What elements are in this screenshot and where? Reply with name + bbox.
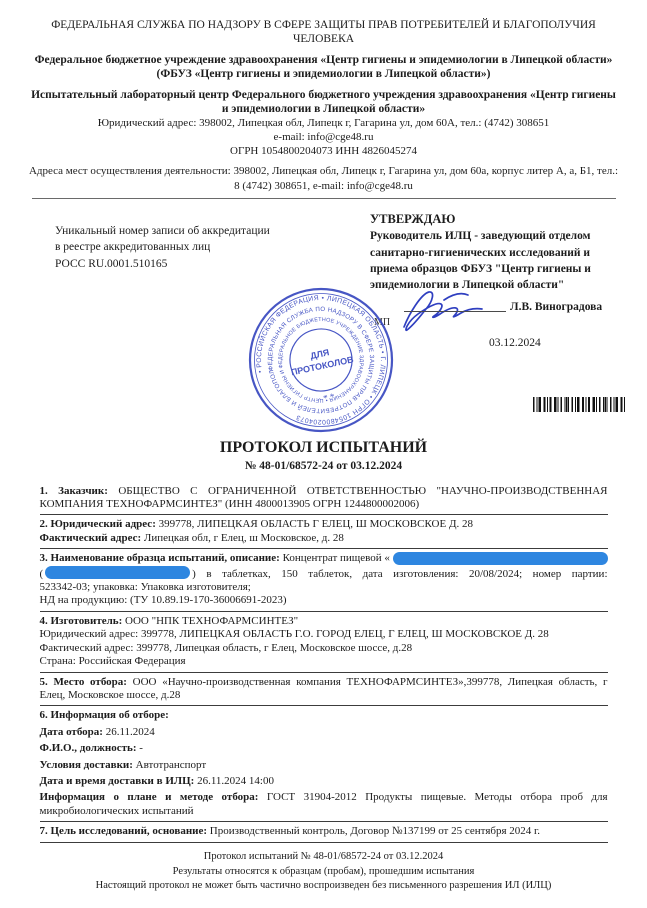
signer-name: Л.В. Виноградова [510, 301, 602, 313]
protocol-sections: 1. Заказчик: ОБЩЕСТВО С ОГРАНИЧЕННОЙ ОТВ… [40, 482, 608, 843]
approval-block: УТВЕРЖДАЮ Руководитель ИЛЦ - заведующий … [370, 211, 612, 294]
email: e-mail: info@cge48.ru [29, 130, 619, 144]
approval-date: 03.12.2024 [489, 337, 541, 349]
sampling-date: 26.11.2024 [106, 726, 155, 738]
stamp-asterisks: * * [322, 391, 336, 403]
accreditation-number: РОСС RU.0001.510165 [55, 256, 270, 273]
delivery-conditions: Автотранспорт [136, 759, 207, 771]
manufacturer-country: Страна: Российская Федерация [40, 655, 608, 668]
field-label: 2. Юридический адрес: [40, 518, 156, 530]
field-label: Условия доставки: [40, 759, 133, 771]
field-label: Фактический адрес: [40, 532, 142, 544]
section-customer: 1. Заказчик: ОБЩЕСТВО С ОГРАНИЧЕННОЙ ОТВ… [40, 482, 608, 516]
redaction-bar [393, 552, 608, 565]
section-sampling-place: 5. Место отбора: ООО «Научно-производств… [40, 673, 608, 707]
field-label: 7. Цель исследований, основание: [40, 825, 208, 837]
field-label: Информация о плане и методе отбора: [40, 791, 259, 803]
field-label: Ф.И.О., должность: [40, 742, 137, 754]
sampling-method-line2: микробиологических испытаний [40, 805, 608, 818]
manufacturer-name: ООО "НПК ТЕХНОФАРМСИНТЕЗ" [125, 615, 298, 627]
field-label: 6. Информация об отборе: [40, 709, 169, 721]
barcode [533, 397, 626, 412]
organization-name: Федеральное бюджетное учреждение здравоо… [29, 53, 619, 82]
sampling-method-line1: ГОСТ 31904-2012 Продукты пищевые. Методы… [267, 791, 608, 803]
sample-paren-open: ( [40, 568, 44, 580]
sampling-place-line2: Елец, Московское шоссе, д.28 [40, 689, 608, 702]
section-sampling-info: 6. Информация об отборе: Дата отбора: 26… [40, 706, 608, 822]
footer-line: Настоящий протокол не может быть частичн… [0, 879, 647, 894]
field-label: 1. Заказчик: [40, 485, 108, 497]
sample-desc-prefix: Концентрат пищевой « [283, 552, 390, 564]
manufacturer-legal-address: Юридический адрес: 399778, ЛИПЕЦКАЯ ОБЛА… [40, 628, 608, 641]
signature-line [404, 311, 506, 312]
field-label: 3. Наименование образца испытаний, описа… [40, 552, 280, 564]
accreditation-line: в реестре аккредитованных лиц [55, 239, 270, 256]
actual-address-value: Липецкая обл, г Елец, ш Московское, д. 2… [144, 532, 344, 544]
approval-title: УТВЕРЖДАЮ [370, 211, 612, 229]
customer-name-line1: ОБЩЕСТВО С ОГРАНИЧЕННОЙ ОТВЕТСТВЕННОСТЬЮ… [118, 485, 607, 497]
laboratory-name: Испытательный лабораторный центр Федерал… [29, 88, 619, 117]
ogrn-inn: ОГРН 1054800204073 ИНН 4826045274 [29, 144, 619, 158]
legal-address: Юридический адрес: 398002, Липецкая обл,… [29, 116, 619, 130]
footer-line: Протокол испытаний № 48-01/68572-24 от 0… [0, 850, 647, 865]
protocol-number: № 48-01/68572-24 от 03.12.2024 [0, 460, 647, 472]
footer-line: Результаты относятся к образцам (пробам)… [0, 865, 647, 880]
purpose-value: Производственный контроль, Договор №1371… [210, 825, 540, 837]
section-purpose: 7. Цель исследований, основание: Произво… [40, 822, 608, 842]
delivery-datetime: 26.11.2024 14:00 [197, 775, 274, 787]
approval-line: приема образцов ФБУЗ "Центр гигиены и [370, 261, 612, 277]
activity-addresses: Адреса мест осуществления деятельности: … [29, 164, 619, 192]
approval-zone: Уникальный номер записи об аккредитации … [0, 199, 647, 439]
round-stamp-icon: • РОССИЙСКАЯ ФЕДЕРАЦИЯ • ЛИПЕЦКАЯ ОБЛАСТ… [246, 285, 396, 435]
field-label: 4. Изготовитель: [40, 615, 123, 627]
letterhead: ФЕДЕРАЛЬНАЯ СЛУЖБА ПО НАДЗОРУ В СФЕРЕ ЗА… [29, 18, 619, 193]
sample-desc-line2: ) в таблетках, 150 таблеток, дата изгото… [192, 568, 607, 580]
sampling-person: - [139, 742, 143, 754]
agency-name: ФЕДЕРАЛЬНАЯ СЛУЖБА ПО НАДЗОРУ В СФЕРЕ ЗА… [29, 18, 619, 47]
section-customer-address: 2. Юридический адрес: 399778, ЛИПЕЦКАЯ О… [40, 515, 608, 549]
field-label: Дата и время доставки в ИЛЦ: [40, 775, 195, 787]
approval-line: Руководитель ИЛЦ - заведующий отделом [370, 228, 612, 244]
sample-nd-line: НД на продукцию: (ТУ 10.89.19-170-360066… [40, 594, 608, 607]
customer-name-line2: КОМПАНИЯ ТЕХНОФАРМСИНТЕЗ" (ИНН 480001390… [40, 498, 608, 511]
section-manufacturer: 4. Изготовитель: ООО "НПК ТЕХНОФАРМСИНТЕ… [40, 612, 608, 673]
protocol-document-page: ФЕДЕРАЛЬНАЯ СЛУЖБА ПО НАДЗОРУ В СФЕРЕ ЗА… [0, 0, 647, 908]
field-label: 5. Место отбора: [40, 676, 127, 688]
field-label: Дата отбора: [40, 726, 103, 738]
page-footer: Протокол испытаний № 48-01/68572-24 от 0… [0, 850, 647, 894]
accreditation-block: Уникальный номер записи об аккредитации … [55, 223, 270, 273]
approval-line: санитарно-гигиенических исследований и [370, 245, 612, 261]
sampling-place-line1: ООО «Научно-производственная компания ТЕ… [133, 676, 608, 688]
protocol-title: ПРОТОКОЛ ИСПЫТАНИЙ [0, 439, 647, 457]
manufacturer-actual-address: Фактический адрес: 399778, Липецкая обла… [40, 642, 608, 655]
section-sample: 3. Наименование образца испытаний, описа… [40, 549, 608, 612]
accreditation-line: Уникальный номер записи об аккредитации [55, 223, 270, 240]
redaction-bar [45, 566, 190, 579]
sample-batch-line: 523342-03; упаковка: Упаковка изготовите… [40, 581, 608, 594]
legal-address-value: 399778, ЛИПЕЦКАЯ ОБЛАСТЬ Г ЕЛЕЦ, Ш МОСКО… [159, 518, 473, 530]
